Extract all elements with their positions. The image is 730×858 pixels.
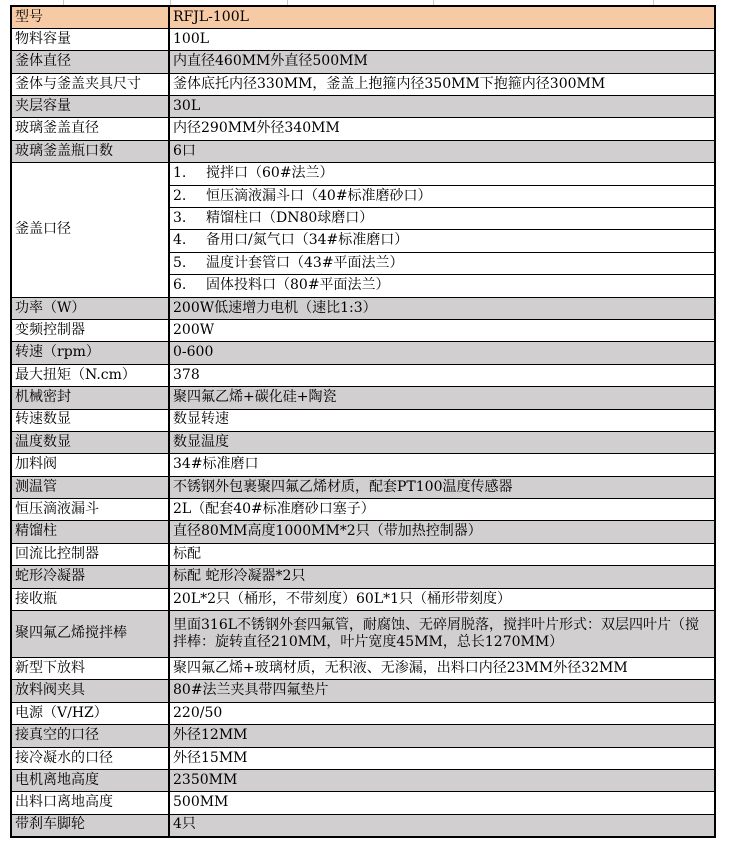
spec-label-cell: 夹层容量 <box>11 96 169 118</box>
spec-row: 带刹车脚轮4只 <box>11 814 715 836</box>
list-item-number: 6. <box>173 277 206 295</box>
spec-label-cell: 玻璃釜盖直径 <box>11 118 169 140</box>
spec-label-cell: 精馏柱 <box>11 521 169 543</box>
spec-row: 接收瓶20L*2只（桶形，不带刻度）60L*1只（桶形带刻度） <box>11 588 715 610</box>
spec-label-cell: 转速（rpm） <box>11 342 169 364</box>
spec-row: 电源（V/HZ）220/50 <box>11 702 715 724</box>
spec-label-cell: 回流比控制器 <box>11 543 169 565</box>
spec-value-cell: 1.搅拌口（60#法兰） <box>169 163 715 185</box>
spec-row: 恒压滴液漏斗2L（配套40#标准磨砂口塞子） <box>11 499 715 521</box>
spec-value-cell: 3.精馏柱口（DN80球磨口） <box>169 208 715 230</box>
spec-label-cell: 最大扭矩（N.cm） <box>11 364 169 386</box>
spec-value-cell: 里面316L不锈钢外套四氟管，耐腐蚀、无碎屑脱落，搅拌叶片形式：双层四叶片（搅拌… <box>169 611 715 658</box>
spec-value-cell: 不锈钢外包裹聚四氟乙烯材质，配套PT100温度传感器 <box>169 476 715 498</box>
spec-label-cell: 功率（W） <box>11 297 169 319</box>
spec-row: 转速数显数显转速 <box>11 409 715 431</box>
list-item-text: 备用口/氮气口（34#标准磨口） <box>206 232 408 248</box>
spec-row: 玻璃釜盖瓶口数6口 <box>11 140 715 162</box>
spec-label-cell: 电机离地高度 <box>11 770 169 792</box>
spec-value-cell: 釜体底托内径330MM，釜盖上抱箍内径350MM下抱箍内径300MM <box>169 73 715 95</box>
spec-label-cell: 型号 <box>11 6 169 28</box>
spec-row: 最大扭矩（N.cm）378 <box>11 364 715 386</box>
spec-value-cell: 5.温度计套管口（43#平面法兰） <box>169 252 715 274</box>
spec-row: 放料阀夹具80#法兰夹具带四氟垫片 <box>11 680 715 702</box>
spec-value-cell: RFJL-100L <box>169 6 715 28</box>
spec-value-cell: 外径12MM <box>169 725 715 747</box>
list-item-text: 温度计套管口（43#平面法兰） <box>206 255 404 271</box>
list-item-text: 精馏柱口（DN80球磨口） <box>206 210 373 226</box>
spec-label-cell: 釜体直径 <box>11 51 169 73</box>
spec-value-cell: 2.恒压滴液漏斗口（40#标准磨砂口） <box>169 185 715 207</box>
spec-value-cell: 4只 <box>169 814 715 836</box>
spec-label-cell: 出料口离地高度 <box>11 792 169 814</box>
spec-value-cell: 220/50 <box>169 702 715 724</box>
spec-row: 釜体与釜盖夹具尺寸釜体底托内径330MM，釜盖上抱箍内径350MM下抱箍内径30… <box>11 73 715 95</box>
spec-value-cell: 6.固体投料口（80#平面法兰） <box>169 275 715 297</box>
spec-label-cell: 釜体与釜盖夹具尺寸 <box>11 73 169 95</box>
spec-subrow: 釜盖口径1.搅拌口（60#法兰） <box>11 163 715 185</box>
spec-row: 物料容量100L <box>11 28 715 50</box>
spec-row: 玻璃釜盖直径内径290MM外径340MM <box>11 118 715 140</box>
spec-value-cell: 聚四氟乙烯+碳化硅+陶瓷 <box>169 387 715 409</box>
list-item-number: 4. <box>173 232 206 250</box>
spec-row: 接冷凝水的口径外径15MM <box>11 747 715 769</box>
spec-label-cell: 接真空的口径 <box>11 725 169 747</box>
spec-row: 机械密封聚四氟乙烯+碳化硅+陶瓷 <box>11 387 715 409</box>
spec-label-cell: 接冷凝水的口径 <box>11 747 169 769</box>
spec-label-cell: 玻璃釜盖瓶口数 <box>11 140 169 162</box>
list-item-number: 3. <box>173 210 206 228</box>
spec-value-cell: 直径80MM高度1000MM*2只（带加热控制器） <box>169 521 715 543</box>
spec-value-cell: 数显温度 <box>169 431 715 453</box>
spec-value-cell: 30L <box>169 96 715 118</box>
spec-value-cell: 标配 <box>169 543 715 565</box>
spec-value-cell: 0-600 <box>169 342 715 364</box>
spec-label-cell: 带刹车脚轮 <box>11 814 169 836</box>
spec-row: 新型下放料聚四氟乙烯+玻璃材质，无积液、无渗漏，出料口内径23MM外径32MM <box>11 658 715 680</box>
spec-row: 变频控制器200W <box>11 319 715 341</box>
spec-value-cell: 100L <box>169 28 715 50</box>
spec-row: 回流比控制器标配 <box>11 543 715 565</box>
list-item-number: 2. <box>173 188 206 206</box>
spec-row: 型号RFJL-100L <box>11 6 715 28</box>
spec-row: 温度数显数显温度 <box>11 431 715 453</box>
spec-label-cell: 电源（V/HZ） <box>11 702 169 724</box>
spec-value-cell: 20L*2只（桶形，不带刻度）60L*1只（桶形带刻度） <box>169 588 715 610</box>
spec-label-cell: 机械密封 <box>11 387 169 409</box>
spec-row: 精馏柱直径80MM高度1000MM*2只（带加热控制器） <box>11 521 715 543</box>
spec-row: 夹层容量30L <box>11 96 715 118</box>
spec-row: 加料阀34#标准磨口 <box>11 454 715 476</box>
spec-row: 出料口离地高度500MM <box>11 792 715 814</box>
spec-label-cell: 温度数显 <box>11 431 169 453</box>
list-item-text: 搅拌口（60#法兰） <box>206 165 334 181</box>
list-item-number: 5. <box>173 255 206 273</box>
spec-value-cell: 80#法兰夹具带四氟垫片 <box>169 680 715 702</box>
spec-table: 型号RFJL-100L物料容量100L釜体直径内直径460MM外直径500MM釜… <box>10 5 716 838</box>
spec-value-cell: 500MM <box>169 792 715 814</box>
spec-value-cell: 内直径460MM外直径500MM <box>169 51 715 73</box>
spec-value-cell: 2L（配套40#标准磨砂口塞子） <box>169 499 715 521</box>
spec-value-cell: 2350MM <box>169 770 715 792</box>
spec-label-cell: 加料阀 <box>11 454 169 476</box>
list-item-number: 1. <box>173 165 206 183</box>
spec-value-cell: 标配 蛇形冷凝器*2只 <box>169 566 715 588</box>
list-item-text: 恒压滴液漏斗口（40#标准磨砂口） <box>206 188 432 204</box>
spec-value-cell: 34#标准磨口 <box>169 454 715 476</box>
spec-value-cell: 200W低速增力电机（速比1:3） <box>169 297 715 319</box>
spec-label-cell: 变频控制器 <box>11 319 169 341</box>
spec-label-cell: 物料容量 <box>11 28 169 50</box>
spec-sheet-screen: 型号RFJL-100L物料容量100L釜体直径内直径460MM外直径500MM釜… <box>0 0 730 858</box>
spec-row: 蛇形冷凝器标配 蛇形冷凝器*2只 <box>11 566 715 588</box>
spec-row: 功率（W）200W低速增力电机（速比1:3） <box>11 297 715 319</box>
spec-label-cell: 新型下放料 <box>11 658 169 680</box>
list-item-text: 固体投料口（80#平面法兰） <box>206 277 390 293</box>
spec-label-cell: 放料阀夹具 <box>11 680 169 702</box>
spec-value-cell: 6口 <box>169 140 715 162</box>
spec-row: 测温管不锈钢外包裹聚四氟乙烯材质，配套PT100温度传感器 <box>11 476 715 498</box>
spec-label-cell: 蛇形冷凝器 <box>11 566 169 588</box>
spec-value-cell: 外径15MM <box>169 747 715 769</box>
spec-value-cell: 200W <box>169 319 715 341</box>
spec-row: 电机离地高度2350MM <box>11 770 715 792</box>
spec-row: 接真空的口径外径12MM <box>11 725 715 747</box>
spec-value-cell: 378 <box>169 364 715 386</box>
spec-value-cell: 聚四氟乙烯+玻璃材质，无积液、无渗漏，出料口内径23MM外径32MM <box>169 658 715 680</box>
spec-label-cell: 恒压滴液漏斗 <box>11 499 169 521</box>
spec-value-cell: 数显转速 <box>169 409 715 431</box>
spec-row: 聚四氟乙烯搅拌棒里面316L不锈钢外套四氟管，耐腐蚀、无碎屑脱落，搅拌叶片形式：… <box>11 611 715 658</box>
spec-label-cell: 测温管 <box>11 476 169 498</box>
spec-value-cell: 4.备用口/氮气口（34#标准磨口） <box>169 230 715 252</box>
spec-table-body: 型号RFJL-100L物料容量100L釜体直径内直径460MM外直径500MM釜… <box>11 6 715 837</box>
spec-label-cell: 聚四氟乙烯搅拌棒 <box>11 611 169 658</box>
spec-value-cell: 内径290MM外径340MM <box>169 118 715 140</box>
spec-label-cell: 转速数显 <box>11 409 169 431</box>
spec-label-cell: 釜盖口径 <box>11 163 169 297</box>
spec-label-cell: 接收瓶 <box>11 588 169 610</box>
spec-row: 转速（rpm）0-600 <box>11 342 715 364</box>
spec-row: 釜体直径内直径460MM外直径500MM <box>11 51 715 73</box>
